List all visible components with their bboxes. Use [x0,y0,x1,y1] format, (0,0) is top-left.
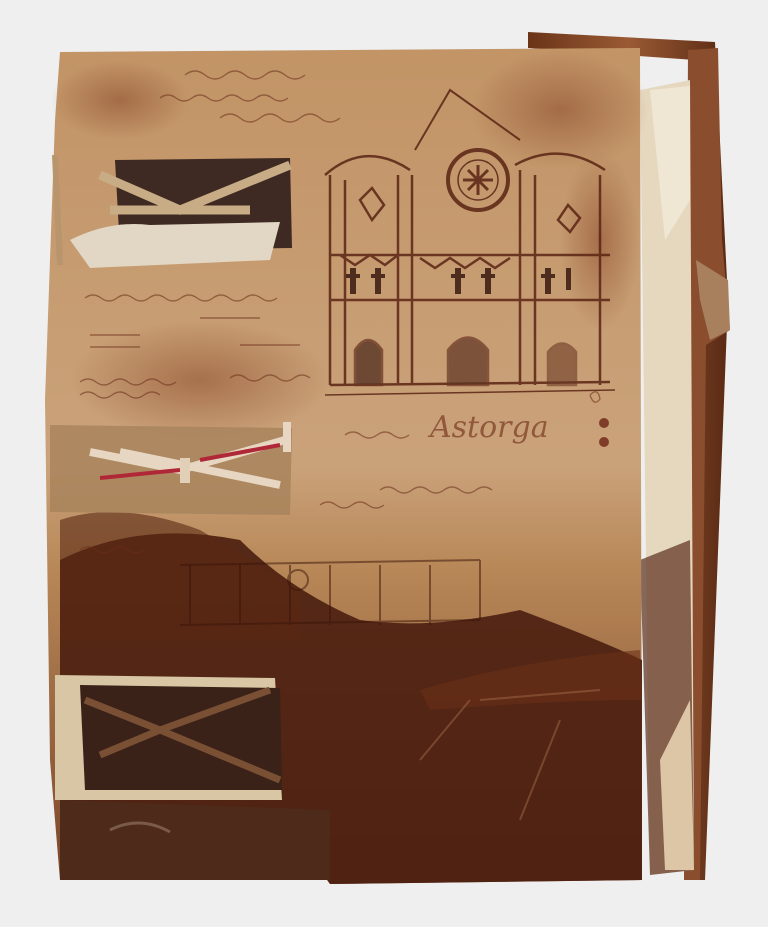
portal-center [448,338,488,386]
astorga-inscription: Astorga [430,410,549,445]
manuscript-cover-photo [0,0,768,927]
portal-left [355,340,382,385]
portal-right [548,344,576,386]
middle-red-tie [50,422,292,515]
page-edges [640,80,694,875]
